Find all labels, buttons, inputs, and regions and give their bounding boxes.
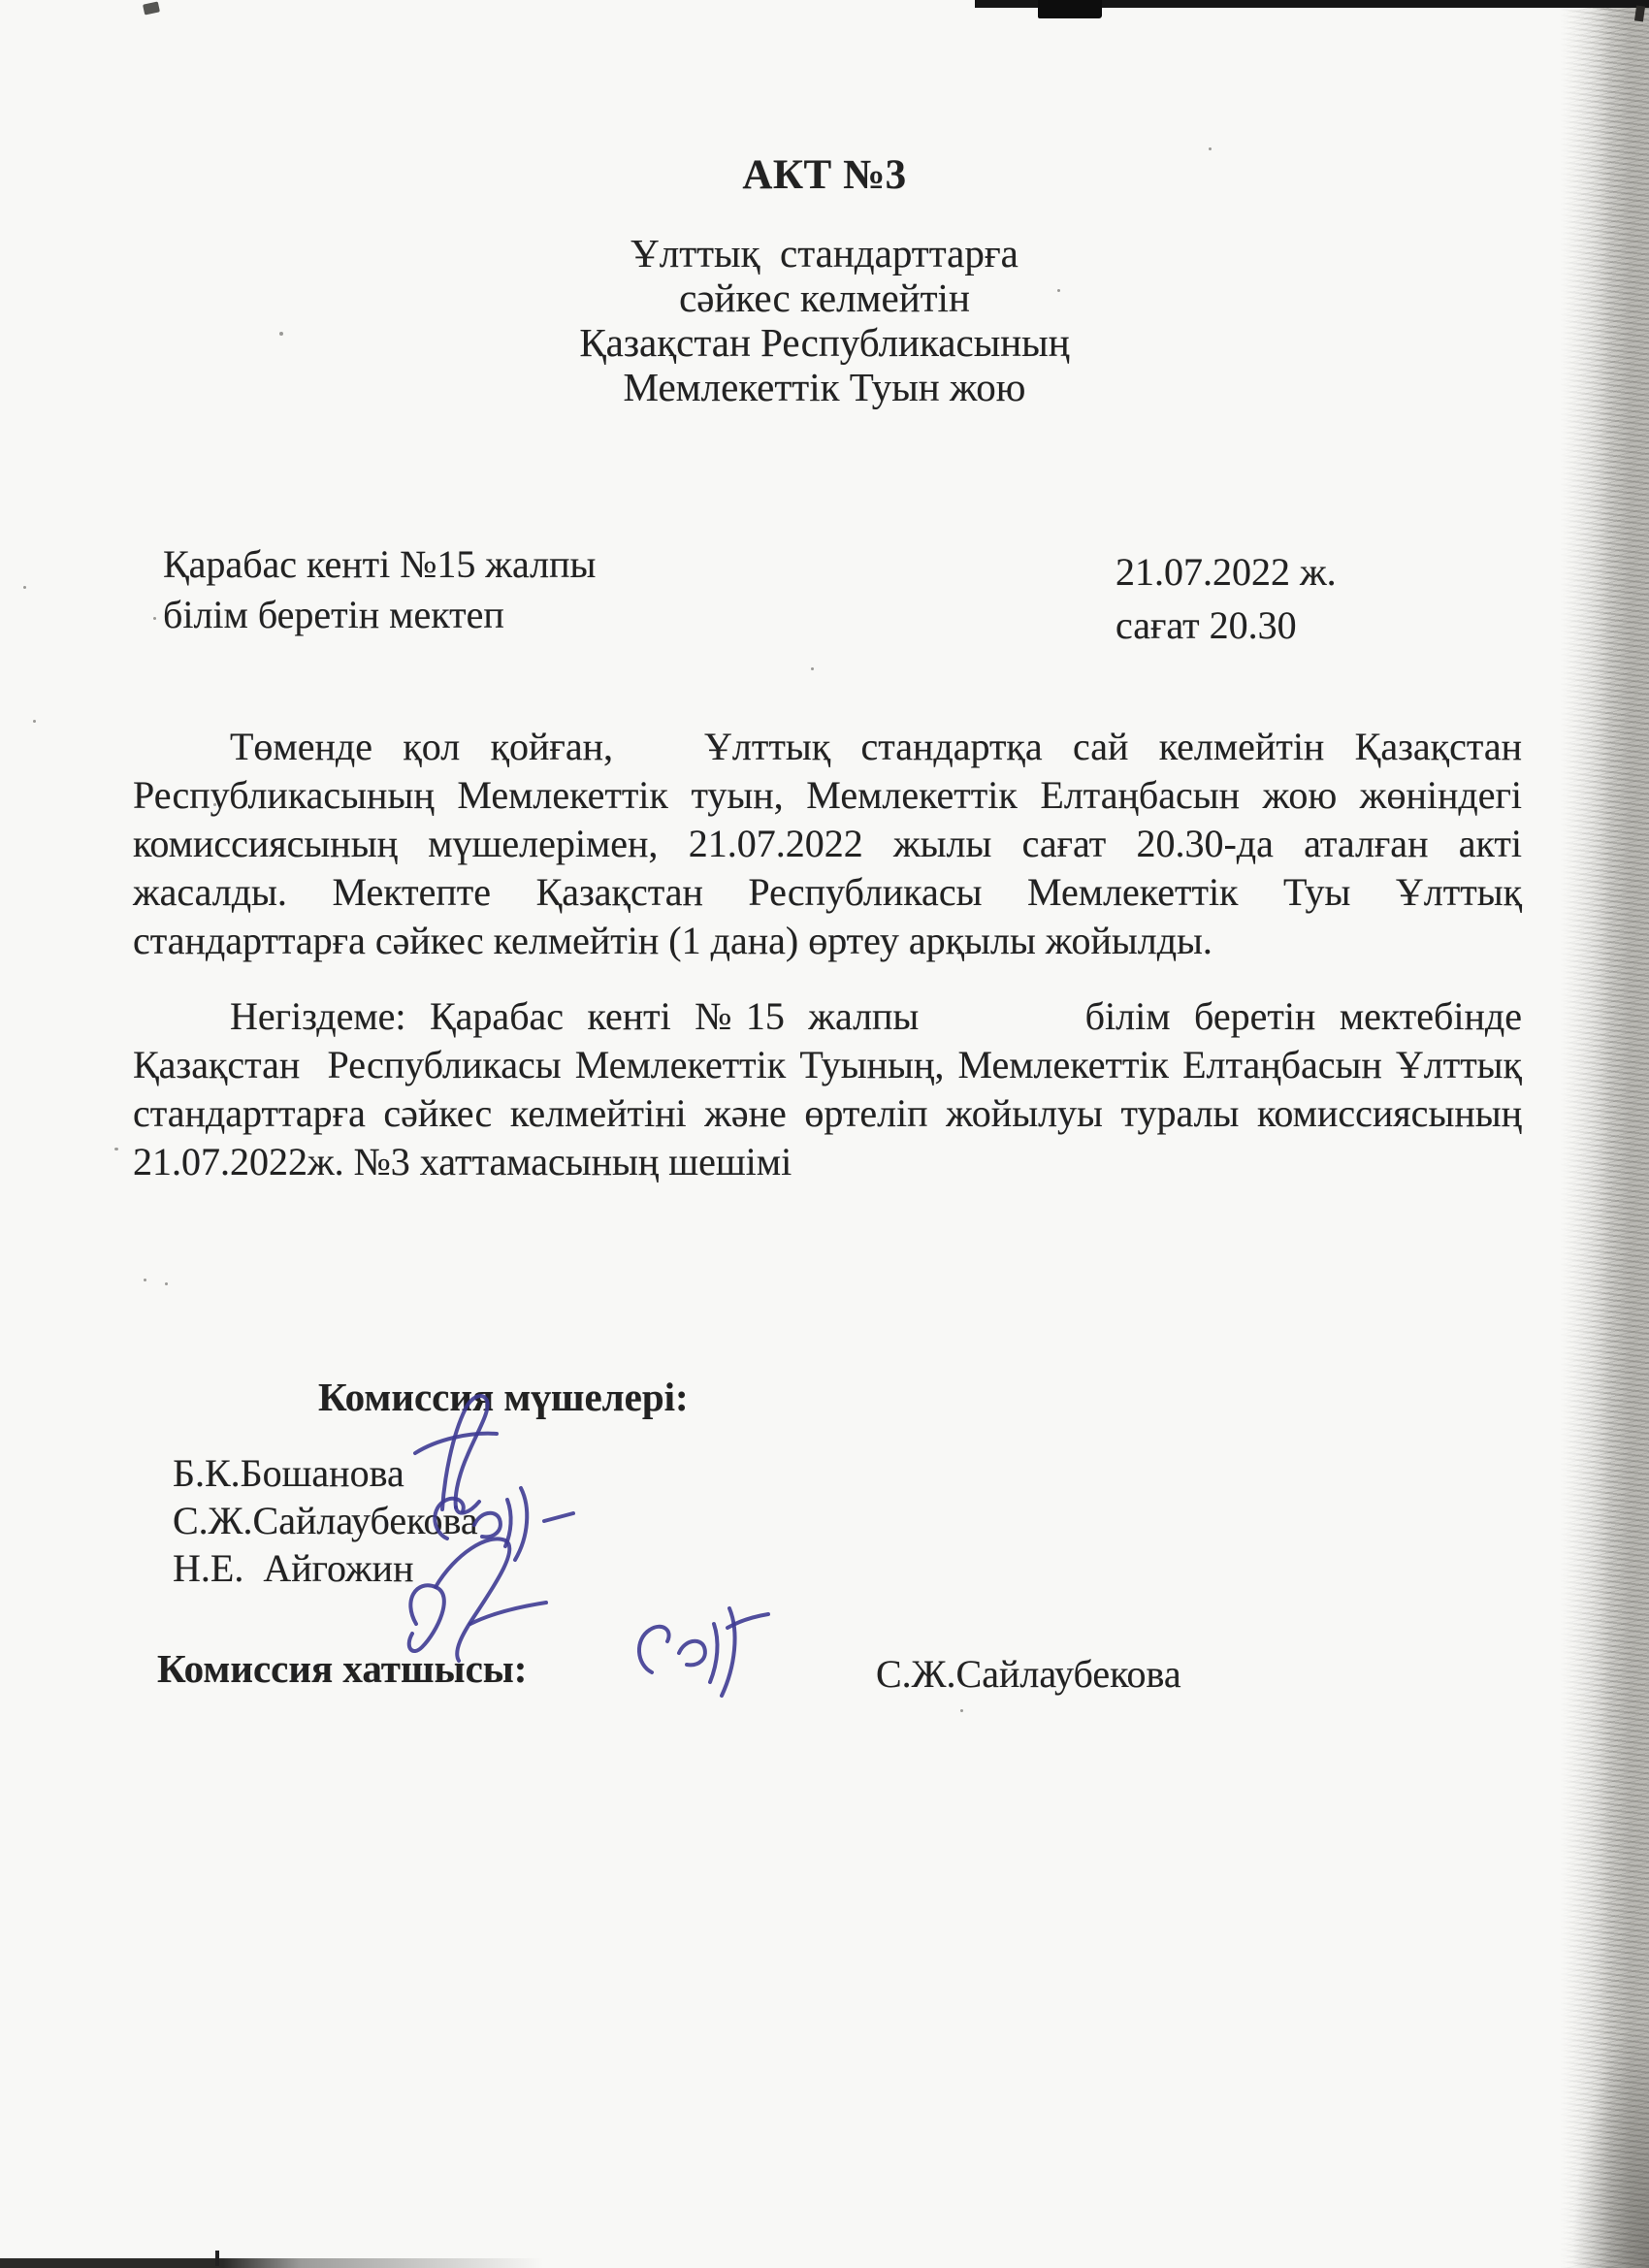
signature-stroke xyxy=(679,1641,705,1666)
paragraph-line: Төменде қол қойған, Ұлттық стандартқа са… xyxy=(133,723,1522,771)
scan-mark-top-left xyxy=(143,1,160,15)
issuer-line-1: Қарабас кенті №15 жалпы xyxy=(163,539,596,590)
paragraph-line: Республикасының Мемлекеттік туын, Мемлек… xyxy=(133,771,1522,820)
signature-secretary xyxy=(611,1599,776,1710)
scan-speck xyxy=(144,1279,146,1281)
paragraph-line: жасалды. Мектепте Қазақстан Республикасы… xyxy=(133,868,1522,917)
scan-edge-shadow-right xyxy=(1560,0,1649,2268)
scan-speck xyxy=(213,803,216,806)
scan-speck xyxy=(114,1148,118,1150)
signature-stroke xyxy=(544,1513,573,1521)
scan-speck xyxy=(33,720,36,723)
signature-stroke xyxy=(710,1624,717,1682)
subject-line-2: сәйкес келмейтін xyxy=(0,275,1649,320)
scan-edge-shadow-corner xyxy=(1571,2016,1649,2268)
signature-stroke xyxy=(436,1539,509,1661)
signature-stroke xyxy=(415,1434,497,1453)
scan-speck xyxy=(811,667,814,670)
issuer-block: Қарабас кенті №15 жалпы білім беретін ме… xyxy=(163,539,596,640)
signature-stroke xyxy=(409,1585,444,1651)
scan-mark-bottom xyxy=(215,2251,219,2266)
scan-mark-top xyxy=(1038,0,1102,18)
paragraph-line: Негіздеме: Қарабас кенті №15 жалпы білім… xyxy=(133,992,1522,1041)
issuer-line-2: білім беретін мектеп xyxy=(163,590,596,640)
paragraph-line: Қазақстан Республикасы Мемлекеттік Туыны… xyxy=(133,1041,1522,1089)
document-title: АКТ №3 xyxy=(0,151,1649,199)
scanned-document-page: АКТ №3 Ұлттық стандарттарға сәйкес келме… xyxy=(0,0,1649,2268)
scan-speck xyxy=(279,332,283,336)
subject-line-1: Ұлттық стандарттарға xyxy=(0,231,1649,275)
scan-speck xyxy=(1209,147,1212,150)
paragraph-line: 21.07.2022ж. №3 хаттамасының шешімі xyxy=(133,1138,1522,1186)
signature-member-3 xyxy=(373,1531,563,1667)
signature-stroke xyxy=(722,1608,735,1696)
signature-stroke xyxy=(639,1627,669,1672)
paragraph-line: комиссиясының мүшелерімен, 21.07.2022 жы… xyxy=(133,820,1522,868)
paragraph-basis: Негіздеме: Қарабас кенті №15 жалпы білім… xyxy=(133,992,1522,1186)
subject-line-4: Мемлекеттік Туын жою xyxy=(0,365,1649,409)
scan-speck xyxy=(960,1709,963,1712)
paragraph-act-body: Төменде қол қойған, Ұлттық стандартқа са… xyxy=(133,723,1522,965)
time-line: сағат 20.30 xyxy=(1115,599,1337,652)
paragraph-line: стандарттарға сәйкес келмейтіні және өрт… xyxy=(133,1089,1522,1138)
paragraph-line: стандарттарға сәйкес келмейтін (1 дана) … xyxy=(133,917,1522,965)
scan-edge-bar-bottom xyxy=(0,2258,543,2268)
date-line: 21.07.2022 ж. xyxy=(1115,545,1337,599)
scan-speck xyxy=(153,617,156,620)
scan-speck xyxy=(165,1282,168,1285)
scan-speck xyxy=(23,586,26,589)
scan-speck xyxy=(1057,289,1060,292)
document-subject: Ұлттық стандарттарға сәйкес келмейтін Қа… xyxy=(0,231,1649,409)
commission-secretary-name: С.Ж.Сайлаубекова xyxy=(876,1651,1181,1697)
subject-line-3: Қазақстан Республикасының xyxy=(0,320,1649,365)
datetime-block: 21.07.2022 ж. сағат 20.30 xyxy=(1115,545,1337,652)
